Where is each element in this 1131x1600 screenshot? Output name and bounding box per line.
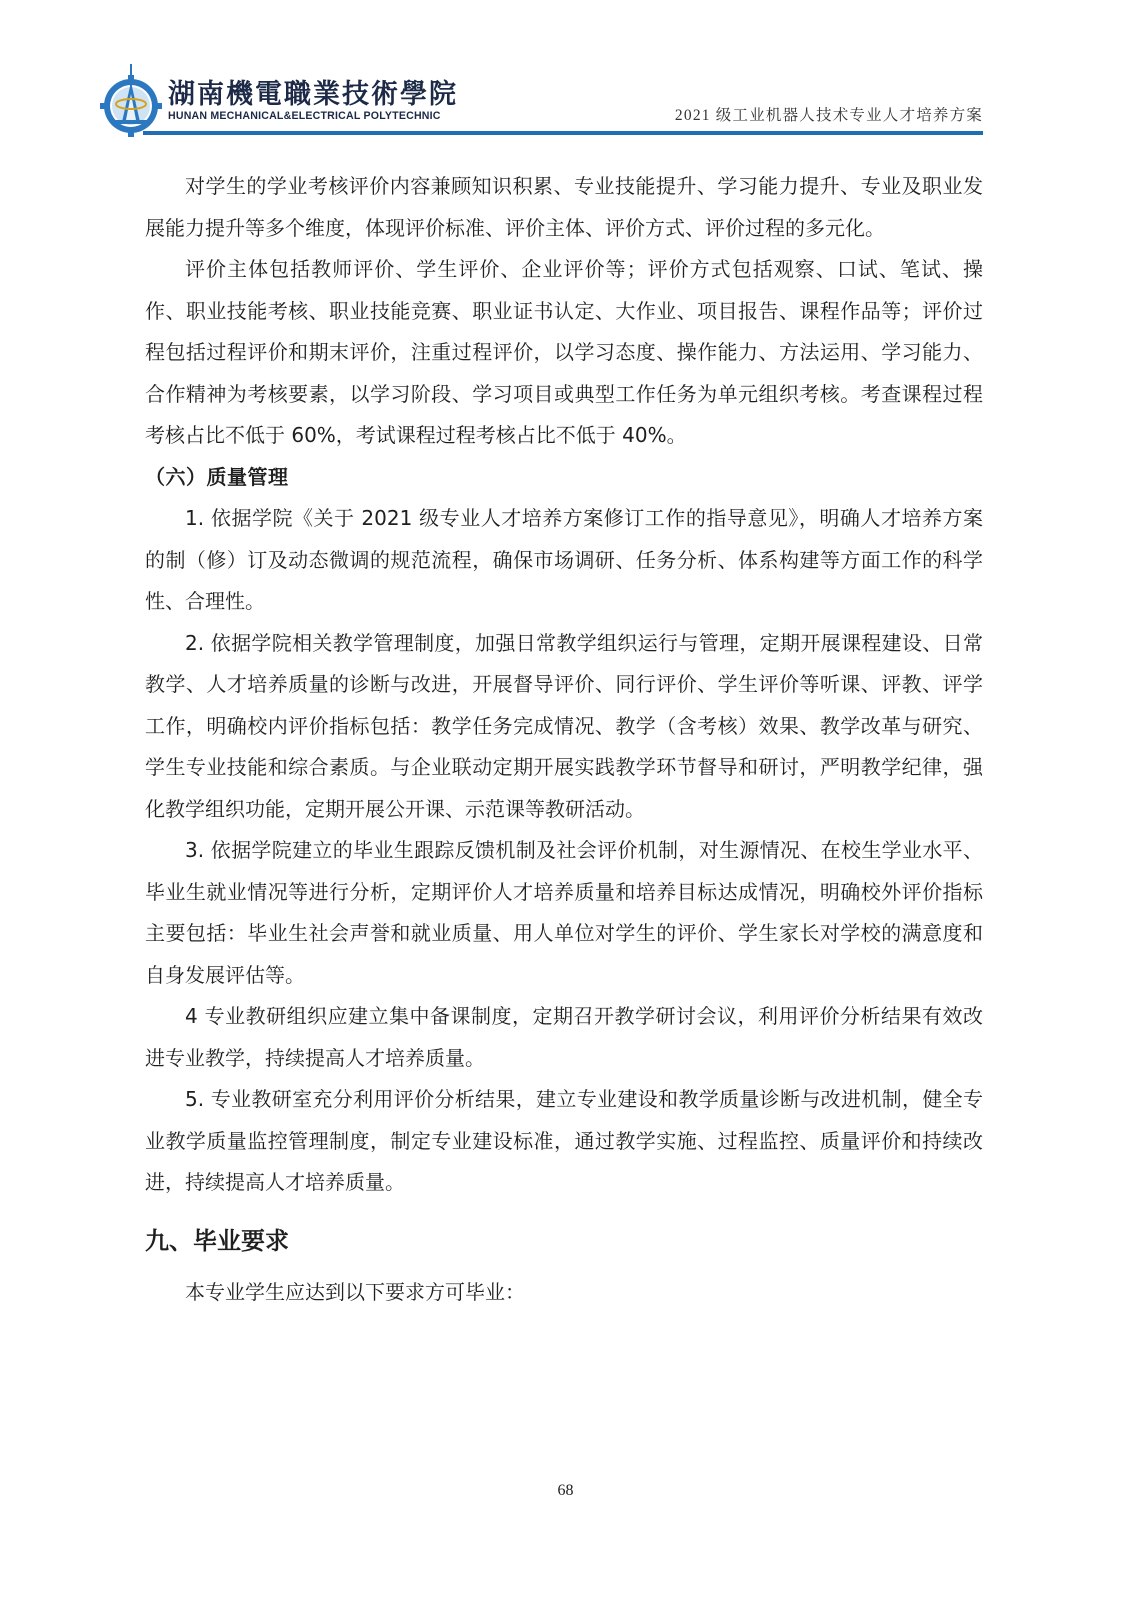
list-item-2: 2. 依据学院相关教学管理制度，加强日常教学组织运行与管理，定期开展课程建设、日… (145, 623, 983, 831)
header-divider (143, 131, 983, 135)
document-title: 2021 级工业机器人技术专业人才培养方案 (675, 103, 983, 125)
paragraph-assessment-methods: 评价主体包括教师评价、学生评价、企业评价等；评价方式包括观察、口试、笔试、操作、… (145, 249, 983, 457)
list-item-1: 1. 依据学院《关于 2021 级专业人才培养方案修订工作的指导意见》，明确人才… (145, 498, 983, 623)
list-item-5: 5. 专业教研室充分利用评价分析结果，建立专业建设和教学质量诊断与改进机制，健全… (145, 1079, 983, 1204)
list-item-3: 3. 依据学院建立的毕业生跟踪反馈机制及社会评价机制，对生源情况、在校生学业水平… (145, 830, 983, 996)
paragraph-graduation-intro: 本专业学生应达到以下要求方可毕业： (145, 1272, 983, 1314)
section-heading-quality-management: （六）质量管理 (145, 457, 983, 499)
document-page: 湖南機電職業技術學院 HUNAN MECHANICAL&ELECTRICAL P… (0, 0, 1131, 1600)
page-number: 68 (0, 1482, 1131, 1500)
page-content: 对学生的学业考核评价内容兼顾知识积累、专业技能提升、学习能力提升、专业及职业发展… (145, 166, 983, 1313)
school-emblem-icon (100, 62, 162, 138)
chapter-heading-graduation-requirements: 九、毕业要求 (145, 1218, 983, 1264)
school-name-en: HUNAN MECHANICAL&ELECTRICAL POLYTECHNIC (168, 110, 441, 122)
paragraph-assessment-content: 对学生的学业考核评价内容兼顾知识积累、专业技能提升、学习能力提升、专业及职业发展… (145, 166, 983, 249)
school-name-cn: 湖南機電職業技術學院 (168, 80, 458, 110)
list-item-4: 4 专业教研组织应建立集中备课制度，定期召开教学研讨会议，利用评价分析结果有效改… (145, 996, 983, 1079)
